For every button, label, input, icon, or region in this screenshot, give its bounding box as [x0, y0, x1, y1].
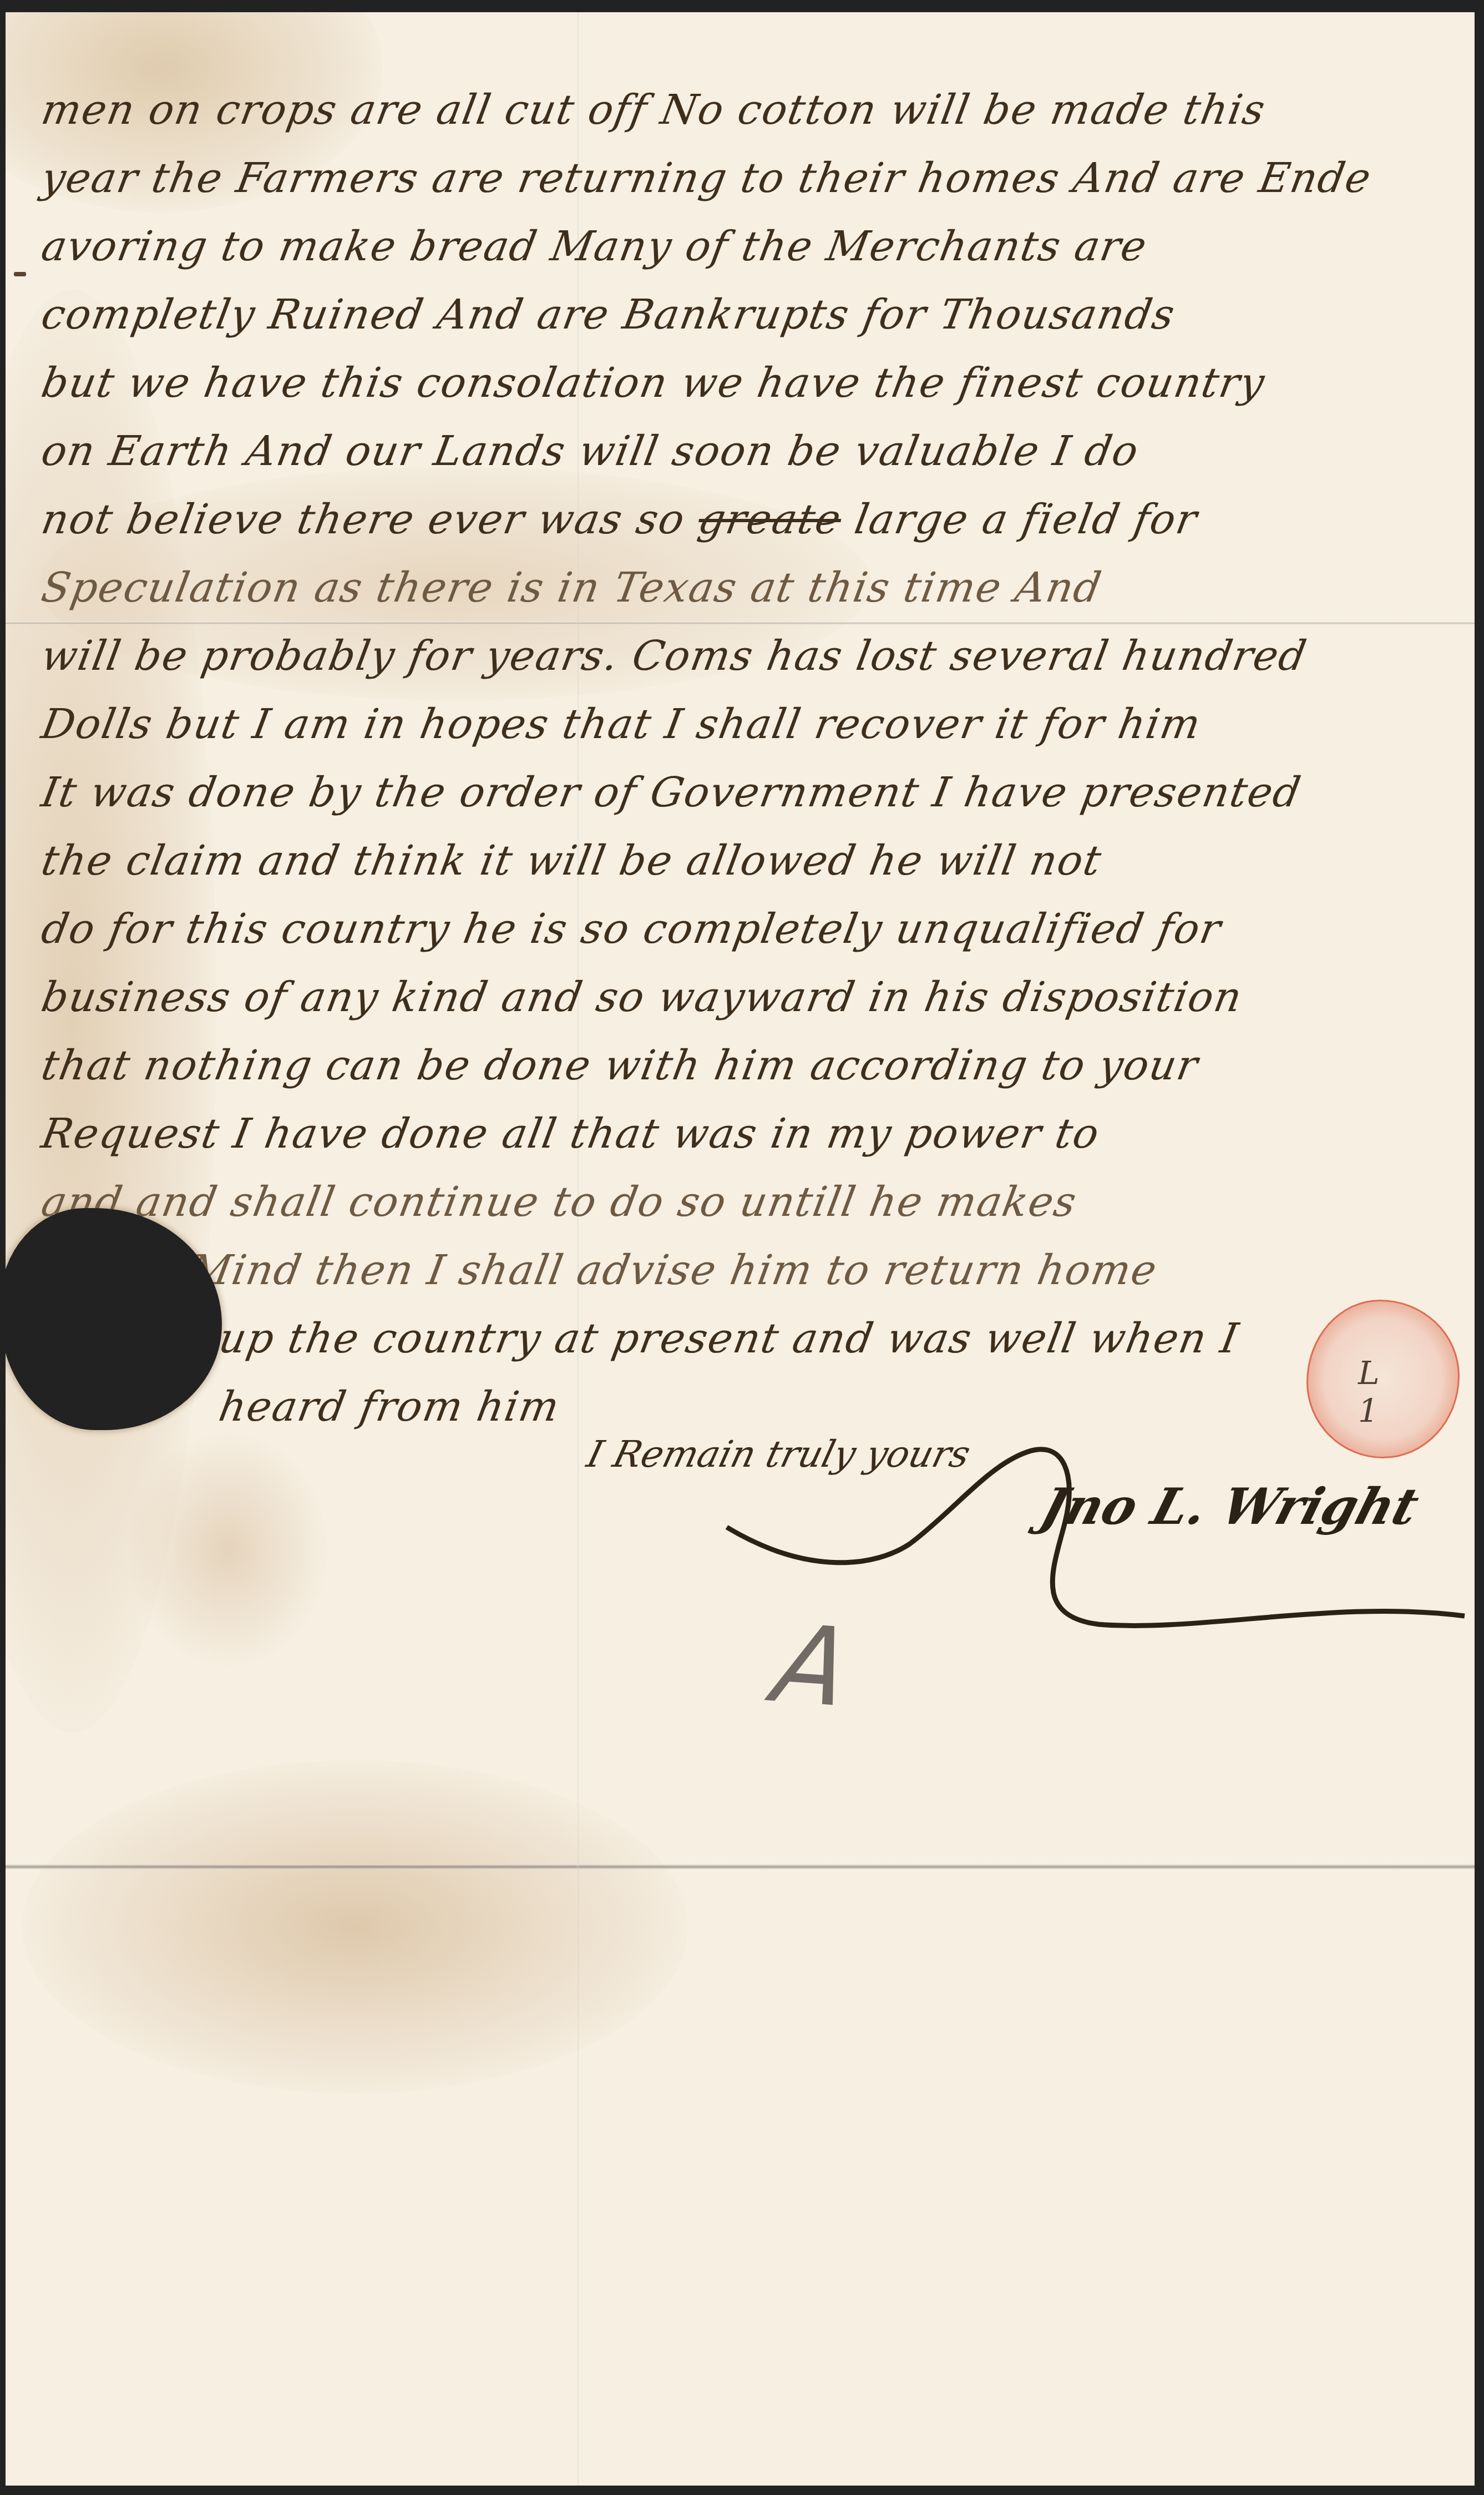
- struck-word: greate: [695, 496, 845, 543]
- letter-line: up his Mind then I shall advise him to r…: [36, 1236, 1468, 1305]
- letter-line: avoring to make bread Many of the Mercha…: [36, 213, 1468, 281]
- letter-line: men on crops are all cut off No cotton w…: [36, 76, 1468, 144]
- closing-salutation: I Remain truly yours: [583, 1433, 974, 1476]
- letter-line: heard from him: [36, 1373, 1468, 1441]
- letter-line: completly Ruined And are Bankrupts for T…: [36, 281, 1468, 349]
- letter-line: business of any kind and so wayward in h…: [36, 963, 1468, 1032]
- letter-line: the claim and think it will be allowed h…: [36, 827, 1468, 895]
- letter-line: Speculation as there is in Texas at this…: [36, 554, 1468, 622]
- letter-line: do for this country he is so completely …: [36, 895, 1468, 963]
- letter-line: Request I have done all that was in my p…: [36, 1100, 1468, 1168]
- line-text: not believe there ever was so: [38, 496, 703, 543]
- fold-crease: [6, 1864, 1475, 1870]
- letter-line: It was done by the order of Government I…: [36, 759, 1468, 827]
- letter-line: on Earth And our Lands will soon be valu…: [36, 417, 1468, 486]
- signature: Jno L. Wright: [1035, 1477, 1425, 1536]
- letter-line: up the country at present and was well w…: [36, 1305, 1468, 1373]
- letter-body: men on crops are all cut off No cotton w…: [36, 76, 1456, 1441]
- letter-line: that nothing can be done with him accord…: [36, 1032, 1468, 1100]
- letter-page: men on crops are all cut off No cotton w…: [6, 12, 1475, 2486]
- letter-line: but we have this consolation we have the…: [36, 349, 1468, 417]
- line-text: large a field for: [837, 496, 1202, 543]
- letter-line: year the Farmers are returning to their …: [36, 144, 1468, 213]
- letter-line: Dolls but I am in hopes that I shall rec…: [36, 690, 1468, 759]
- margin-hyphen-mark: [14, 272, 26, 276]
- water-stain: [22, 1760, 688, 2093]
- letter-line: will be probably for years. Coms has los…: [36, 622, 1468, 690]
- water-stain: [128, 1433, 327, 1666]
- seal-mark: L 1: [1358, 1354, 1458, 1430]
- wax-seal-residue: L 1: [1306, 1300, 1460, 1458]
- letter-line: and and shall continue to do so untill h…: [36, 1168, 1468, 1236]
- letter-line: not believe there ever was so greate lar…: [36, 486, 1468, 554]
